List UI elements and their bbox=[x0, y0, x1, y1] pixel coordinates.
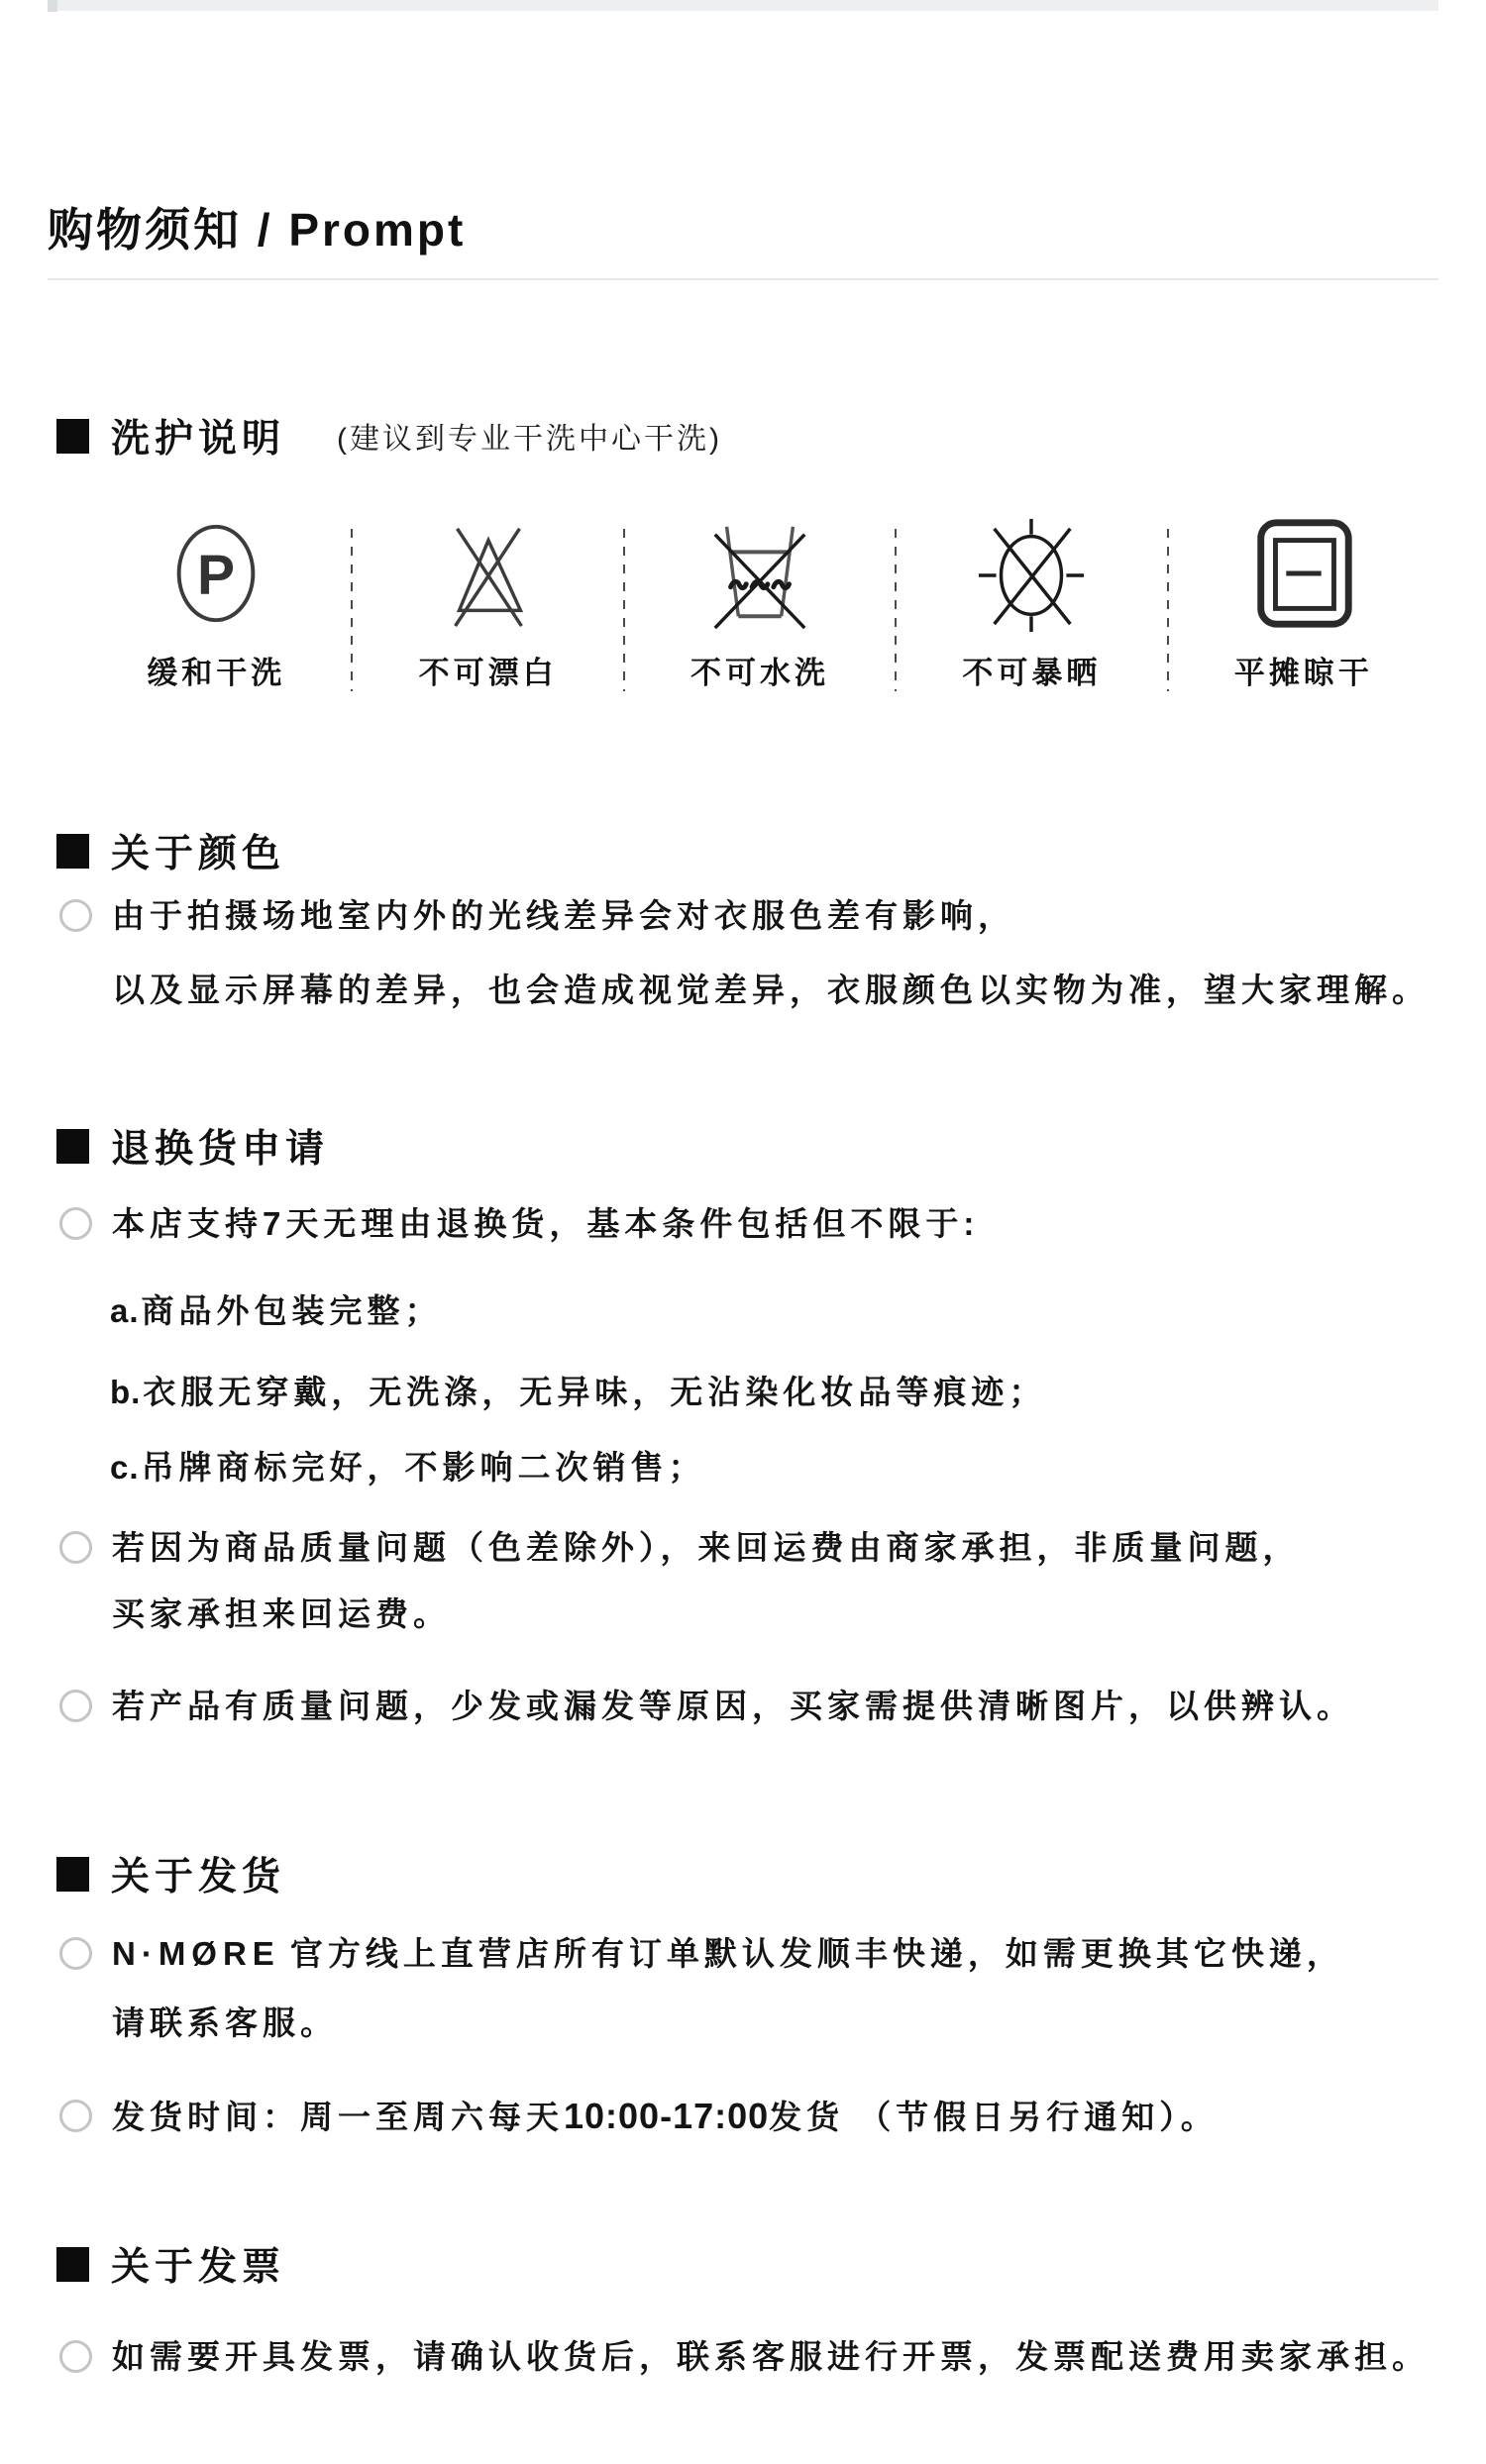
time-suffix: 发货 （节假日另行通知）。 bbox=[769, 2099, 1219, 2135]
circle-bullet-icon bbox=[59, 1690, 92, 1722]
section-square-marker bbox=[56, 834, 89, 869]
condition-text: 衣服无穿戴，无洗涤，无异味，无沾染化妆品等痕迹； bbox=[143, 1374, 1046, 1410]
gentle-dry-clean-icon: P bbox=[158, 515, 274, 632]
paragraph-text: 官方线上直营店所有订单默认发顺丰快递，如需更换其它快递， bbox=[290, 1935, 1344, 1972]
condition-text: 商品外包装完整； bbox=[142, 1292, 443, 1329]
care-symbol-do-not-wash: 不可水洗 bbox=[625, 515, 895, 692]
condition-prefix: b. bbox=[110, 1374, 141, 1410]
care-symbols-row: P 缓和干洗 不可漂白 bbox=[81, 515, 1438, 692]
care-symbol-label: 不可水洗 bbox=[690, 648, 829, 692]
care-symbol-do-not-bleach: 不可漂白 bbox=[353, 515, 622, 692]
top-remnant-strip bbox=[48, 0, 1438, 11]
returns-quality-line-2: 买家承担来回运费。 bbox=[112, 1594, 451, 1634]
paragraph-text: 由于拍摄场地室内外的光线差异会对衣服色差有影响， bbox=[112, 896, 1015, 936]
care-symbol-label: 不可暴晒 bbox=[962, 648, 1101, 692]
section-title: 退换货申请 bbox=[111, 1118, 329, 1174]
returns-intro-line: 本店支持7天无理由退换货，基本条件包括但不限于: bbox=[59, 1204, 979, 1244]
do-not-wash-icon bbox=[701, 515, 818, 632]
returns-quality-line-1: 若因为商品质量问题（色差除外），来回运费由商家承担，非质量问题， bbox=[59, 1528, 1301, 1568]
care-note: (建议到专业干洗中心干洗) bbox=[337, 414, 722, 458]
top-remnant-strip-accent bbox=[48, 0, 57, 12]
invoice-line: 如需要开具发票，请确认收货后，联系客服进行开票，发票配送费用卖家承担。 bbox=[59, 2337, 1430, 2377]
circle-bullet-icon bbox=[59, 1531, 92, 1564]
paragraph-text: 如需要开具发票，请确认收货后，联系客服进行开票，发票配送费用卖家承担。 bbox=[112, 2337, 1430, 2377]
section-title: 关于发货 bbox=[111, 1846, 285, 1901]
time-range: 10:00-17:00 bbox=[564, 2096, 769, 2136]
section-header-color: 关于颜色 bbox=[56, 828, 285, 873]
returns-condition-a: a.商品外包装完整； bbox=[110, 1291, 443, 1331]
dry-flat-icon bbox=[1245, 515, 1362, 632]
section-header-care: 洗护说明 (建议到专业干洗中心干洗) bbox=[56, 413, 722, 459]
paragraph-text: 买家承担来回运费。 bbox=[112, 1594, 451, 1634]
section-header-returns: 退换货申请 bbox=[56, 1123, 329, 1169]
shipping-time-line: 发货时间：周一至周六每天10:00-17:00发货 （节假日另行通知）。 bbox=[59, 2097, 1219, 2137]
circle-bullet-icon bbox=[59, 2100, 92, 2132]
shopping-notice-page: 购物须知 / Prompt 洗护说明 (建议到专业干洗中心干洗) P 缓和干洗 … bbox=[0, 0, 1486, 2464]
section-square-marker bbox=[56, 2247, 89, 2282]
circle-bullet-icon bbox=[59, 1937, 92, 1970]
circle-bullet-icon bbox=[59, 1207, 92, 1240]
do-not-sun-dry-icon bbox=[973, 515, 1090, 632]
title-divider bbox=[48, 278, 1438, 280]
condition-text: 吊牌商标完好，不影响二次销售； bbox=[142, 1449, 706, 1486]
paragraph-text: 请联系客服。 bbox=[112, 2003, 338, 2043]
time-prefix: 发货时间：周一至周六每天 bbox=[112, 2099, 564, 2135]
care-symbol-dry-flat: 平摊晾干 bbox=[1169, 515, 1438, 692]
shipping-courier-line-2: 请联系客服。 bbox=[112, 2003, 338, 2043]
paragraph-text: 本店支持7天无理由退换货，基本条件包括但不限于: bbox=[112, 1204, 979, 1244]
brand-name: N·MØRE bbox=[112, 1935, 280, 1972]
page-title: 购物须知 / Prompt bbox=[48, 194, 466, 259]
color-note-line-2: 以及显示屏幕的差异，也会造成视觉差异，衣服颜色以实物为准，望大家理解。 bbox=[112, 971, 1430, 1010]
letter-p-glyph: P bbox=[197, 544, 235, 607]
condition-prefix: c. bbox=[110, 1449, 140, 1486]
condition-prefix: a. bbox=[110, 1292, 140, 1329]
do-not-bleach-icon bbox=[430, 515, 547, 632]
circle-bullet-icon bbox=[59, 899, 92, 932]
care-symbol-label: 平摊晾干 bbox=[1234, 648, 1373, 692]
section-square-marker bbox=[56, 1857, 89, 1892]
section-title: 关于发票 bbox=[111, 2236, 285, 2292]
care-symbol-do-not-sun-dry: 不可暴晒 bbox=[897, 515, 1166, 692]
section-title: 洗护说明 bbox=[111, 408, 285, 463]
shipping-courier-line-1: N·MØRE官方线上直营店所有订单默认发顺丰快递，如需更换其它快递， bbox=[59, 1934, 1344, 1974]
color-note-line-1: 由于拍摄场地室内外的光线差异会对衣服色差有影响， bbox=[59, 896, 1015, 936]
section-square-marker bbox=[56, 419, 89, 454]
section-square-marker bbox=[56, 1129, 89, 1164]
paragraph-text: 以及显示屏幕的差异，也会造成视觉差异，衣服颜色以实物为准，望大家理解。 bbox=[112, 971, 1430, 1010]
care-symbol-label: 不可漂白 bbox=[419, 648, 558, 692]
care-symbol-label: 缓和干洗 bbox=[147, 648, 285, 692]
paragraph-text: 若因为商品质量问题（色差除外），来回运费由商家承担，非质量问题， bbox=[112, 1528, 1301, 1568]
returns-condition-b: b.衣服无穿戴，无洗涤，无异味，无沾染化妆品等痕迹； bbox=[110, 1373, 1046, 1412]
circle-bullet-icon bbox=[59, 2340, 92, 2373]
returns-condition-c: c.吊牌商标完好，不影响二次销售； bbox=[110, 1448, 706, 1488]
section-header-shipping: 关于发货 bbox=[56, 1851, 285, 1897]
section-header-invoice: 关于发票 bbox=[56, 2241, 285, 2287]
returns-evidence-line: 若产品有质量问题，少发或漏发等原因，买家需提供清晰图片，以供辨认。 bbox=[59, 1687, 1354, 1726]
paragraph-text: 若产品有质量问题，少发或漏发等原因，买家需提供清晰图片，以供辨认。 bbox=[112, 1687, 1354, 1726]
section-title: 关于颜色 bbox=[111, 823, 285, 878]
care-symbol-gentle-dry-clean: P 缓和干洗 bbox=[81, 515, 351, 692]
